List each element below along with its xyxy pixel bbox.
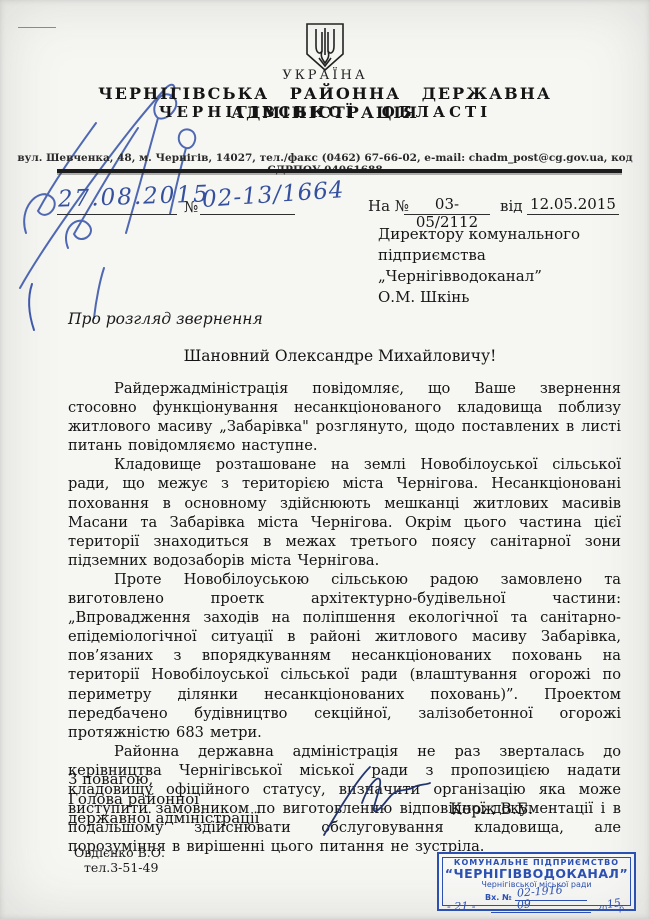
letterhead-org-region: ЧЕРНІГІВСЬКОЇ ОБЛАСТІ	[0, 103, 650, 121]
ukraine-trident-emblem	[304, 22, 346, 72]
ink-stroke	[24, 282, 44, 332]
recipient-line: Директору комунального	[378, 224, 650, 245]
stamp-month-handwritten: 09	[516, 898, 531, 911]
from-date-label: від	[500, 197, 522, 215]
incoming-date-underline	[527, 214, 619, 215]
incoming-number-underline	[404, 214, 490, 215]
stamp-org-name: “ЧЕРНІГІВВОДОКАНАЛ”	[439, 867, 634, 880]
subject-line: Про розгляд звернення	[68, 310, 263, 328]
body-paragraph-2: Кладовище розташоване на землі Новобілоу…	[68, 455, 621, 570]
body-paragraph-3: Проте Новобілоуською сільською радою зам…	[68, 570, 621, 742]
number-underline	[200, 214, 295, 215]
executor-name: Овдієнко В.О.	[74, 845, 165, 860]
letterhead-country: УКРАЇНА	[0, 68, 650, 83]
stamp-year-print: 20	[597, 903, 607, 915]
signer-name: Корж В.Б.	[450, 800, 533, 818]
executor-phone: тел.3-51-49	[74, 860, 165, 875]
handwritten-signature	[318, 763, 448, 838]
stamp-month-underline	[491, 912, 591, 913]
scanned-letter-page: УКРАЇНА ЧЕРНІГІВСЬКА РАЙОННА ДЕРЖАВНА АД…	[0, 0, 650, 919]
salutation: Шановний Олександре Михайловичу!	[0, 347, 650, 365]
reply-to-label: На №	[368, 197, 409, 215]
incoming-date: 12.05.2015	[527, 195, 619, 213]
stamp-year-suffix: р.	[619, 903, 627, 915]
stamp-date-row: - 21 - 09 20 15 р.	[439, 901, 634, 913]
closing-title-line2: державної адміністрації	[68, 809, 259, 829]
outgoing-number-handwritten: 02-13/1664	[201, 177, 345, 213]
recipient-line: підприємства „Чернігівводоканал”	[378, 245, 650, 287]
incoming-registration-stamp: КОМУНАЛЬНЕ ПІДПРИЄМСТВО “ЧЕРНІГІВВОДОКАН…	[437, 852, 636, 911]
body-paragraph-1: Райдержадміністрація повідомляє, що Ваше…	[68, 379, 621, 455]
stamp-day-handwritten: - 21 -	[447, 901, 475, 913]
closing-block: З повагою, Голова районної державної адм…	[68, 770, 259, 829]
date-underline	[57, 214, 177, 215]
executor-block: Овдієнко В.О. тел.3-51-49	[74, 845, 165, 875]
closing-title-line1: Голова районної	[68, 790, 259, 810]
closing-regards: З повагою,	[68, 770, 259, 790]
letterhead-divider	[57, 169, 622, 173]
recipient-line: О.М. Шкінь	[378, 287, 650, 308]
number-sign-label: №	[184, 198, 198, 216]
recipient-block: Директору комунального підприємства „Чер…	[378, 224, 650, 308]
